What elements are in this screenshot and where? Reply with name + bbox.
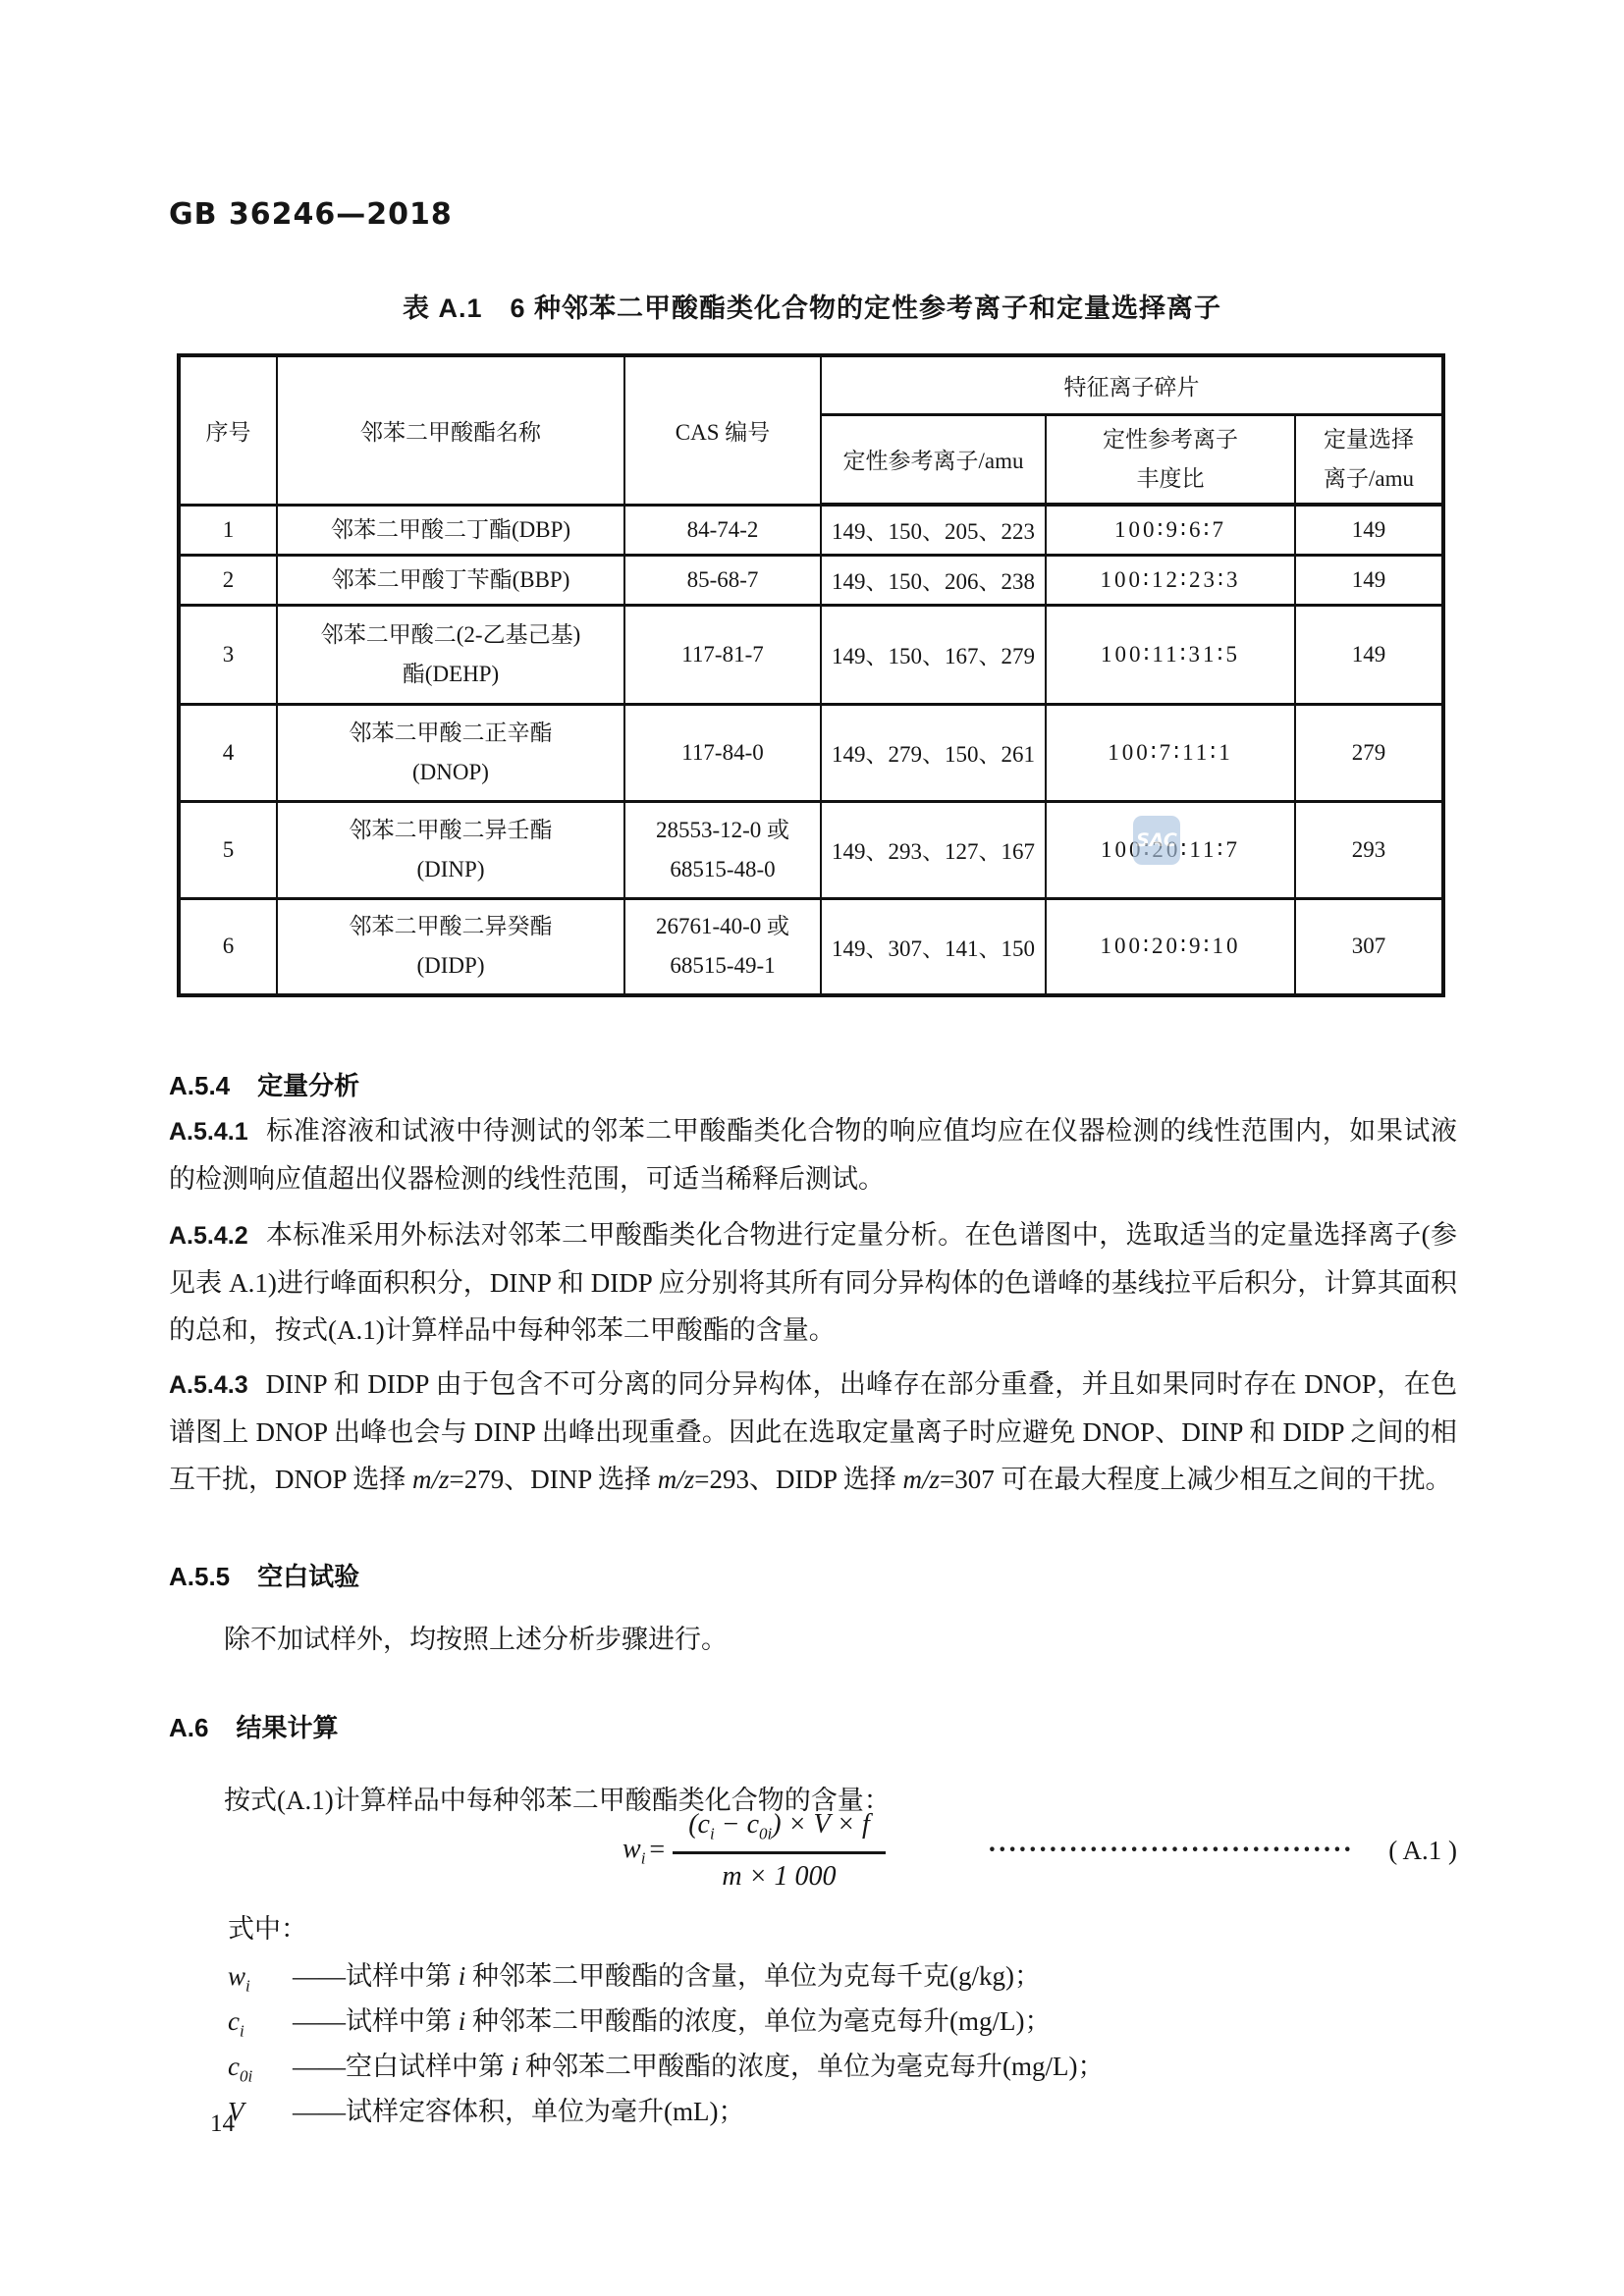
- variable-letter: w: [228, 1961, 245, 1991]
- column-header-quant-line1: 定量选择: [1300, 420, 1437, 459]
- cell-name-line1: 邻苯二甲酸丁苄酯(BBP): [282, 561, 620, 600]
- definition-item: V——试样定容体积，单位为毫升(mL)；: [228, 2090, 1465, 2135]
- cell-cas-line1: 84-74-2: [629, 510, 816, 550]
- column-header-ratio: 定性参考离子 丰度比: [1046, 414, 1295, 505]
- cell-name-line1: 邻苯二甲酸二丁酯(DBP): [282, 510, 620, 550]
- cell-quant-ion: 149: [1295, 505, 1443, 555]
- definition-text-post: 种邻苯二甲酸酯的浓度，单位为毫克每升(mg/L)；: [465, 2006, 1051, 2036]
- cell-name: 邻苯二甲酸二正辛酯(DNOP): [277, 704, 624, 801]
- mz-variable: m/z: [903, 1465, 941, 1494]
- cell-name: 邻苯二甲酸丁苄酯(BBP): [277, 555, 624, 605]
- cell-cas: 117-81-7: [624, 605, 821, 704]
- cell-cas: 26761-40-0 或68515-49-1: [624, 898, 821, 995]
- cell-seq: 6: [179, 898, 277, 995]
- cell-seq: 2: [179, 555, 277, 605]
- section-number: A.5.4: [169, 1071, 230, 1100]
- cell-name-line2: (DNOP): [282, 753, 620, 792]
- cell-name: 邻苯二甲酸二(2-乙基己基)酯(DEHP): [277, 605, 624, 704]
- variable-letter: c: [228, 2052, 240, 2081]
- definition-list: 式中： wi——试样中第 i 种邻苯二甲酸酯的含量，单位为克每千克(g/kg)；…: [228, 1905, 1465, 2135]
- numerator-part: ) × V × f: [772, 1809, 870, 1840]
- paragraph-a542: A.5.4.2本标准采用外标法对邻苯二甲酸酯类化合物进行定量分析。在色谱图中，选…: [169, 1211, 1457, 1354]
- cell-ratio: 100∶11∶31∶5: [1046, 605, 1295, 704]
- column-header-ratio-line1: 定性参考离子: [1051, 420, 1290, 459]
- paragraph-a543: A.5.4.3DINP 和 DIDP 由于包含不可分离的同分异构体，出峰存在部分…: [169, 1361, 1457, 1503]
- cell-qual-ions: 149、307、141、150: [821, 898, 1046, 995]
- definition-item: ci——试样中第 i 种邻苯二甲酸酯的浓度，单位为毫克每升(mg/L)；: [228, 2000, 1465, 2045]
- definition-text: ——试样中第 i 种邻苯二甲酸酯的含量，单位为克每千克(g/kg)；: [293, 1961, 1041, 1991]
- cell-cas-line1: 28553-12-0 或: [629, 811, 816, 850]
- cell-seq: 1: [179, 505, 277, 555]
- clause-text: =293、DIDP 选择: [694, 1465, 902, 1494]
- cell-qual-ions: 149、150、167、279: [821, 605, 1046, 704]
- definition-text: ——试样中第 i 种邻苯二甲酸酯的浓度，单位为毫克每升(mg/L)；: [293, 2006, 1052, 2036]
- cell-qual-ions: 149、150、206、238: [821, 555, 1046, 605]
- numerator-subscript: 0i: [759, 1825, 772, 1843]
- table-row: 6 邻苯二甲酸二异癸酯(DIDP) 26761-40-0 或68515-49-1…: [179, 898, 1443, 995]
- column-header-ratio-line2: 丰度比: [1051, 459, 1290, 499]
- dot-leader: ····································: [988, 1835, 1384, 1866]
- cell-quant-ion: 149: [1295, 605, 1443, 704]
- table-row: 5 邻苯二甲酸二异壬酯(DINP) 28553-12-0 或68515-48-0…: [179, 801, 1443, 898]
- paragraph-a541: A.5.4.1标准溶液和试液中待测试的邻苯二甲酸酯类化合物的响应值均应在仪器检测…: [169, 1107, 1457, 1202]
- cell-cas-line2: 68515-48-0: [629, 850, 816, 889]
- definition-item: wi——试样中第 i 种邻苯二甲酸酯的含量，单位为克每千克(g/kg)；: [228, 1954, 1465, 2000]
- formula-a1: wi = (ci − c0i) × V × f m × 1 000 ······…: [169, 1809, 1457, 1893]
- clause-text: 标准溶液和试液中待测试的邻苯二甲酸酯类化合物的响应值均应在仪器检测的线性范围内，…: [169, 1116, 1457, 1194]
- cell-qual-ions: 149、293、127、167: [821, 801, 1046, 898]
- cell-name-line2: (DINP): [282, 850, 620, 889]
- cell-ratio: 100∶12∶23∶3: [1046, 555, 1295, 605]
- clause-number: A.5.4.1: [169, 1118, 248, 1146]
- clause-text: 本标准采用外标法对邻苯二甲酸酯类化合物进行定量分析。在色谱图中，选取适当的定量选…: [169, 1220, 1457, 1345]
- ions-table: 序号 邻苯二甲酸酯名称 CAS 编号 特征离子碎片 定性参考离子/amu 定性参…: [177, 353, 1445, 997]
- numerator-part: − c: [715, 1809, 759, 1840]
- clause-text: 除不加试样外，均按照上述分析步骤进行。: [224, 1625, 728, 1654]
- cell-seq: 3: [179, 605, 277, 704]
- clause-number: A.5.4.3: [169, 1371, 248, 1399]
- variable-letter: c: [228, 2006, 240, 2036]
- page-number: 14: [210, 2110, 235, 2138]
- definition-text-pre: ——试样中第: [293, 2006, 459, 2036]
- cell-seq: 4: [179, 704, 277, 801]
- denominator-part: × 1 000: [742, 1861, 837, 1892]
- section-heading-a6: A.6结果计算: [169, 1708, 1455, 1744]
- doc-number: GB 36246—2018: [169, 197, 453, 232]
- clause-text: =307 可在最大程度上减少相互之间的干扰。: [940, 1465, 1451, 1494]
- denominator-part: m: [722, 1861, 741, 1892]
- definition-item: c0i——空白试样中第 i 种邻苯二甲酸酯的浓度，单位为毫克每升(mg/L)；: [228, 2045, 1465, 2090]
- cell-name-line1: 邻苯二甲酸二异癸酯: [282, 907, 620, 946]
- column-header-quant: 定量选择 离子/amu: [1295, 414, 1443, 505]
- formula-label: ( A.1 ): [1388, 1836, 1457, 1866]
- cell-cas: 84-74-2: [624, 505, 821, 555]
- column-header-name: 邻苯二甲酸酯名称: [277, 355, 624, 505]
- clause-number: A.5.4.2: [169, 1222, 248, 1250]
- cell-qual-ions: 149、279、150、261: [821, 704, 1046, 801]
- numerator-part: (c: [688, 1809, 710, 1840]
- variable-symbol: V: [228, 2090, 293, 2143]
- section-number: A.6: [169, 1713, 208, 1742]
- table-header-row-1: 序号 邻苯二甲酸酯名称 CAS 编号 特征离子碎片: [179, 355, 1443, 414]
- definition-text: ——空白试样中第 i 种邻苯二甲酸酯的浓度，单位为毫克每升(mg/L)；: [293, 2052, 1105, 2081]
- definition-text-pre: ——试样定容体积，单位为毫升(mL)；: [293, 2097, 744, 2126]
- section-title: 空白试验: [257, 1562, 359, 1591]
- column-header-seq: 序号: [179, 355, 277, 505]
- fraction-numerator: (ci − c0i) × V × f: [673, 1809, 886, 1851]
- w-subscript: i: [641, 1848, 646, 1867]
- mz-variable: m/z: [412, 1465, 450, 1494]
- cell-cas: 85-68-7: [624, 555, 821, 605]
- cell-name: 邻苯二甲酸二异癸酯(DIDP): [277, 898, 624, 995]
- table-title: 表 A.1 6 种邻苯二甲酸酯类化合物的定性参考离子和定量选择离子: [169, 287, 1455, 325]
- section-title: 结果计算: [236, 1713, 338, 1742]
- clause-text: =279、DINP 选择: [450, 1465, 658, 1494]
- cell-name: 邻苯二甲酸二丁酯(DBP): [277, 505, 624, 555]
- fraction-denominator: m × 1 000: [673, 1851, 886, 1893]
- w-variable: w: [623, 1834, 641, 1864]
- column-header-cas: CAS 编号: [624, 355, 821, 505]
- cell-seq: 5: [179, 801, 277, 898]
- table-row: 4 邻苯二甲酸二正辛酯(DNOP) 117-84-0 149、279、150、2…: [179, 704, 1443, 801]
- cell-name-line2: 酯(DEHP): [282, 655, 620, 694]
- cell-ratio: 100∶9∶6∶7: [1046, 505, 1295, 555]
- cell-qual-ions: 149、150、205、223: [821, 505, 1046, 555]
- cell-ratio: 100∶7∶11∶1: [1046, 704, 1295, 801]
- cell-name-line1: 邻苯二甲酸二(2-乙基己基): [282, 615, 620, 655]
- cell-cas-line1: 117-84-0: [629, 733, 816, 773]
- definition-text: ——试样定容体积，单位为毫升(mL)；: [293, 2097, 744, 2126]
- definition-text-pre: ——试样中第: [293, 1961, 459, 1991]
- cell-ratio: 100∶20∶9∶10: [1046, 898, 1295, 995]
- mz-variable: m/z: [658, 1465, 695, 1494]
- table-row: 1 邻苯二甲酸二丁酯(DBP) 84-74-2 149、150、205、223 …: [179, 505, 1443, 555]
- cell-quant-ion: 279: [1295, 704, 1443, 801]
- cell-name-line1: 邻苯二甲酸二正辛酯: [282, 714, 620, 753]
- variable-subscript: i: [240, 2021, 244, 2040]
- variable-subscript: i: [245, 1976, 250, 1995]
- cell-quant-ion: 149: [1295, 555, 1443, 605]
- cell-cas-line1: 85-68-7: [629, 561, 816, 600]
- column-header-qual-ions: 定性参考离子/amu: [821, 414, 1046, 505]
- sac-watermark-logo: SAC: [1133, 816, 1180, 865]
- cell-cas: 28553-12-0 或68515-48-0: [624, 801, 821, 898]
- definition-text-post: 种邻苯二甲酸酯的含量，单位为克每千克(g/kg)；: [465, 1961, 1041, 1991]
- cell-quant-ion: 307: [1295, 898, 1443, 995]
- section-title: 定量分析: [257, 1071, 359, 1100]
- cell-cas: 117-84-0: [624, 704, 821, 801]
- equals-sign: =: [649, 1835, 665, 1866]
- paragraph-a55: 除不加试样外，均按照上述分析步骤进行。: [169, 1616, 1457, 1663]
- variable-subscript: 0i: [240, 2066, 252, 2085]
- definition-text-post: 种邻苯二甲酸酯的浓度，单位为毫克每升(mg/L)；: [518, 2052, 1104, 2081]
- cell-name: 邻苯二甲酸二异壬酯(DINP): [277, 801, 624, 898]
- cell-quant-ion: 293: [1295, 801, 1443, 898]
- formula-fraction: (ci − c0i) × V × f m × 1 000: [673, 1809, 886, 1893]
- cell-name-line2: (DIDP): [282, 946, 620, 986]
- column-header-quant-line2: 离子/amu: [1300, 459, 1437, 499]
- section-heading-a55: A.5.5空白试验: [169, 1557, 1455, 1593]
- section-number: A.5.5: [169, 1562, 230, 1591]
- formula-lhs: wi: [623, 1834, 645, 1869]
- cell-name-line1: 邻苯二甲酸二异壬酯: [282, 811, 620, 850]
- column-header-group: 特征离子碎片: [821, 355, 1443, 414]
- definitions-intro: 式中：: [228, 1905, 1465, 1954]
- definition-text-pre: ——空白试样中第: [293, 2052, 512, 2081]
- cell-cas-line1: 117-81-7: [629, 635, 816, 674]
- cell-cas-line1: 26761-40-0 或: [629, 907, 816, 946]
- section-heading-a54: A.5.4定量分析: [169, 1066, 1455, 1102]
- table-row: 3 邻苯二甲酸二(2-乙基己基)酯(DEHP) 117-81-7 149、150…: [179, 605, 1443, 704]
- table-row: 2 邻苯二甲酸丁苄酯(BBP) 85-68-7 149、150、206、238 …: [179, 555, 1443, 605]
- cell-cas-line2: 68515-49-1: [629, 946, 816, 986]
